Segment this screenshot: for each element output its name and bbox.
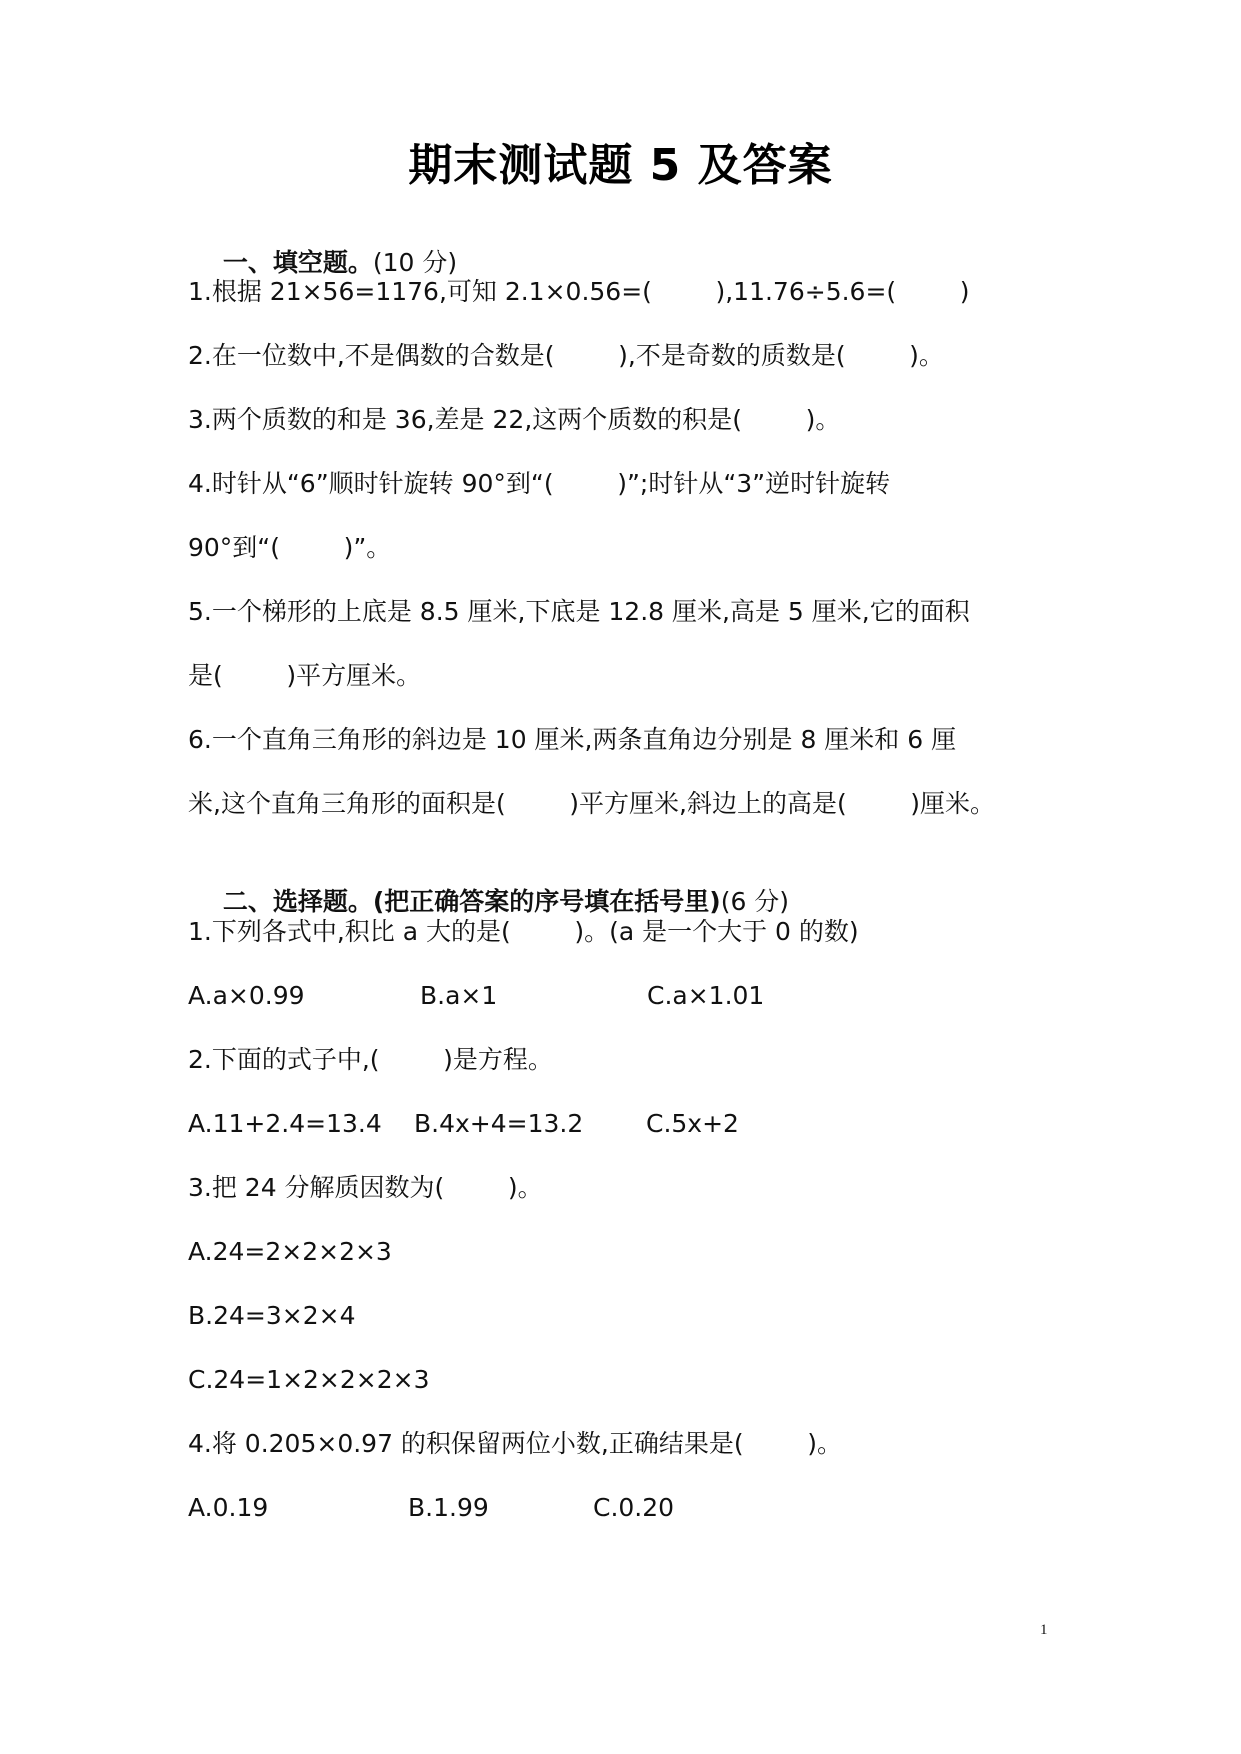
choice-question-3: 3.把 24 分解质因数为( )。	[188, 1171, 543, 1205]
choice-3-option-b: B.24=3×2×4	[188, 1299, 355, 1333]
fill-question-5-line-1: 5.一个梯形的上底是 8.5 厘米,下底是 12.8 厘米,高是 5 厘米,它的…	[188, 595, 970, 629]
choice-question-4: 4.将 0.205×0.97 的积保留两位小数,正确结果是( )。	[188, 1427, 842, 1461]
fill-question-4-line-2: 90°到“( )”。	[188, 531, 391, 565]
choice-4-option-b: B.1.99	[408, 1491, 489, 1525]
document-page: 期末测试题 5 及答案 一、填空题。(10 分) 1.根据 21×56=1176…	[0, 0, 1241, 1754]
section-1-score: (10 分)	[373, 248, 457, 277]
choice-1-option-a: A.a×0.99	[188, 979, 305, 1013]
choice-1-option-c: C.a×1.01	[647, 979, 764, 1013]
page-number: 1	[1040, 1622, 1048, 1639]
choice-4-option-a: A.0.19	[188, 1491, 268, 1525]
choice-1-option-b: B.a×1	[420, 979, 497, 1013]
fill-question-2: 2.在一位数中,不是偶数的合数是( ),不是奇数的质数是( )。	[188, 339, 944, 373]
choice-3-option-c: C.24=1×2×2×2×3	[188, 1363, 429, 1397]
fill-question-6-line-2: 米,这个直角三角形的面积是( )平方厘米,斜边上的高是( )厘米。	[188, 787, 995, 821]
choice-2-option-b: B.4x+4=13.2	[414, 1107, 583, 1141]
choice-3-option-a: A.24=2×2×2×3	[188, 1235, 392, 1269]
choice-2-option-c: C.5x+2	[646, 1107, 739, 1141]
section-2-score: (6 分)	[721, 887, 789, 916]
choice-4-option-c: C.0.20	[593, 1491, 674, 1525]
fill-question-3: 3.两个质数的和是 36,差是 22,这两个质数的积是( )。	[188, 403, 840, 437]
choice-question-1: 1.下列各式中,积比 a 大的是( )。(a 是一个大于 0 的数)	[188, 915, 859, 949]
fill-question-5-line-2: 是( )平方厘米。	[188, 659, 421, 693]
fill-question-4-line-1: 4.时针从“6”顺时针旋转 90°到“( )”;时针从“3”逆时针旋转	[188, 467, 890, 501]
section-1-title: 一、填空题。	[223, 248, 373, 277]
fill-question-6-line-1: 6.一个直角三角形的斜边是 10 厘米,两条直角边分别是 8 厘米和 6 厘	[188, 723, 956, 757]
document-title: 期末测试题 5 及答案	[0, 136, 1241, 196]
choice-question-2: 2.下面的式子中,( )是方程。	[188, 1043, 553, 1077]
choice-2-option-a: A.11+2.4=13.4	[188, 1107, 382, 1141]
section-2-title: 二、选择题。(把正确答案的序号填在括号里)	[223, 887, 721, 916]
fill-question-1: 1.根据 21×56=1176,可知 2.1×0.56=( ),11.76÷5.…	[188, 275, 969, 309]
